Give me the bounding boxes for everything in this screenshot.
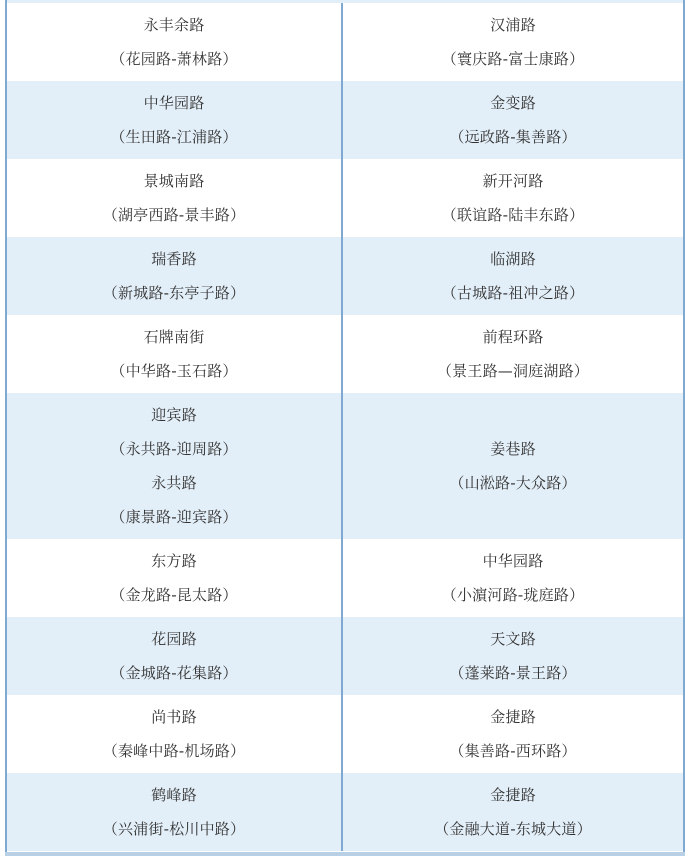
- road-name: 汉浦路: [490, 8, 536, 42]
- table-cell-right: 汉浦路 （寰庆路-富士康路）: [343, 3, 683, 81]
- table-row: 尚书路 （秦峰中路-机场路） 金捷路 （集善路-西环路）: [7, 695, 683, 773]
- table-cell-left: 东方路 （金龙路-昆太路）: [7, 539, 343, 617]
- road-range: （远政路-集善路）: [449, 120, 576, 154]
- road-range: （花园路-萧林路）: [110, 42, 237, 76]
- road-name: 金捷路: [490, 778, 536, 812]
- road-range: （金龙路-昆太路）: [110, 578, 237, 612]
- table-cell-right: 金捷路 （金融大道-东城大道）: [343, 773, 683, 851]
- table-cell-left: 永丰余路 （花园路-萧林路）: [7, 3, 343, 81]
- road-range: （新城路-东亭子路）: [103, 276, 245, 310]
- road-name: 中华园路: [144, 86, 205, 120]
- road-name: 永丰余路: [144, 8, 205, 42]
- table-row: 鹤峰路 （兴浦街-松川中路） 金捷路 （金融大道-东城大道）: [7, 773, 683, 851]
- table-cell-right: 中华园路 （小濵河路-珑庭路）: [343, 539, 683, 617]
- table-cell-right: 金变路 （远政路-集善路）: [343, 81, 683, 159]
- table-cell-left: 迎宾路 （永共路-迎周路） 永共路 （康景路-迎宾路）: [7, 393, 343, 539]
- road-range: （联谊路-陆丰东路）: [442, 198, 584, 232]
- table-cell-right: 姜巷路 （山淞路-大众路）: [343, 393, 683, 539]
- road-name: 瑞香路: [151, 242, 197, 276]
- road-name: 石牌南街: [144, 320, 205, 354]
- road-table: 永丰余路 （花园路-萧林路） 汉浦路 （寰庆路-富士康路） 中华园路 （生田路-…: [5, 0, 685, 853]
- table-cell-left: 尚书路 （秦峰中路-机场路）: [7, 695, 343, 773]
- road-name: 新开河路: [483, 164, 544, 198]
- table-row: 东方路 （金龙路-昆太路） 中华园路 （小濵河路-珑庭路）: [7, 539, 683, 617]
- table-row: 瑞香路 （新城路-东亭子路） 临湖路 （古城路-祖冲之路）: [7, 237, 683, 315]
- table-cell-right: 天文路 （蓬莱路-景王路）: [343, 617, 683, 695]
- table-cell-right: 金捷路 （集善路-西环路）: [343, 695, 683, 773]
- road-name: 景城南路: [144, 164, 205, 198]
- table-cell-right: 临湖路 （古城路-祖冲之路）: [343, 237, 683, 315]
- table-cell-left: 中华园路 （生田路-江浦路）: [7, 81, 343, 159]
- road-name: 迎宾路: [151, 398, 197, 432]
- road-name: 中华园路: [483, 544, 544, 578]
- table-row: 景城南路 （湖亭西路-景丰路） 新开河路 （联谊路-陆丰东路）: [7, 159, 683, 237]
- road-range: （山淞路-大众路）: [449, 466, 576, 500]
- road-range: （湖亭西路-景丰路）: [103, 198, 245, 232]
- table-row: 迎宾路 （永共路-迎周路） 永共路 （康景路-迎宾路） 姜巷路 （山淞路-大众路…: [7, 393, 683, 539]
- table-row: 中华园路 （生田路-江浦路） 金变路 （远政路-集善路）: [7, 81, 683, 159]
- road-range: （小濵河路-珑庭路）: [442, 578, 584, 612]
- table-cell-left: 景城南路 （湖亭西路-景丰路）: [7, 159, 343, 237]
- road-name: 尚书路: [151, 700, 197, 734]
- table-row: 花园路 （金城路-花集路） 天文路 （蓬莱路-景王路）: [7, 617, 683, 695]
- road-range: （康景路-迎宾路）: [110, 500, 237, 534]
- table-cell-left: 鹤峰路 （兴浦街-松川中路）: [7, 773, 343, 851]
- table-cell-left: 石牌南街 （中华路-玉石路）: [7, 315, 343, 393]
- road-name: 前程环路: [483, 320, 544, 354]
- road-range: （生田路-江浦路）: [110, 120, 237, 154]
- table-row: 永丰余路 （花园路-萧林路） 汉浦路 （寰庆路-富士康路）: [7, 3, 683, 81]
- table-bottom-border: [5, 852, 685, 856]
- road-name: 临湖路: [490, 242, 536, 276]
- table-row: 石牌南街 （中华路-玉石路） 前程环路 （景王路—洞庭湖路）: [7, 315, 683, 393]
- road-range: （中华路-玉石路）: [110, 354, 237, 388]
- table-cell-right: 前程环路 （景王路—洞庭湖路）: [343, 315, 683, 393]
- road-name: 金捷路: [490, 700, 536, 734]
- table-cell-left: 瑞香路 （新城路-东亭子路）: [7, 237, 343, 315]
- road-range: （集善路-西环路）: [449, 734, 576, 768]
- road-name: 东方路: [151, 544, 197, 578]
- road-range: （蓬莱路-景王路）: [449, 656, 576, 690]
- road-range: （金城路-花集路）: [110, 656, 237, 690]
- road-range: （永共路-迎周路）: [110, 432, 237, 466]
- road-name: 天文路: [490, 622, 536, 656]
- road-range: （秦峰中路-机场路）: [103, 734, 245, 768]
- road-name: 姜巷路: [490, 432, 536, 466]
- table-cell-right: 新开河路 （联谊路-陆丰东路）: [343, 159, 683, 237]
- road-name: 花园路: [151, 622, 197, 656]
- road-range: （兴浦街-松川中路）: [103, 812, 245, 846]
- road-range: （金融大道-东城大道）: [434, 812, 592, 846]
- table-cell-left: 花园路 （金城路-花集路）: [7, 617, 343, 695]
- road-range: （寰庆路-富士康路）: [442, 42, 584, 76]
- road-range: （古城路-祖冲之路）: [442, 276, 584, 310]
- road-name: 永共路: [151, 466, 197, 500]
- road-name: 金变路: [490, 86, 536, 120]
- road-range: （景王路—洞庭湖路）: [437, 354, 589, 388]
- road-name: 鹤峰路: [151, 778, 197, 812]
